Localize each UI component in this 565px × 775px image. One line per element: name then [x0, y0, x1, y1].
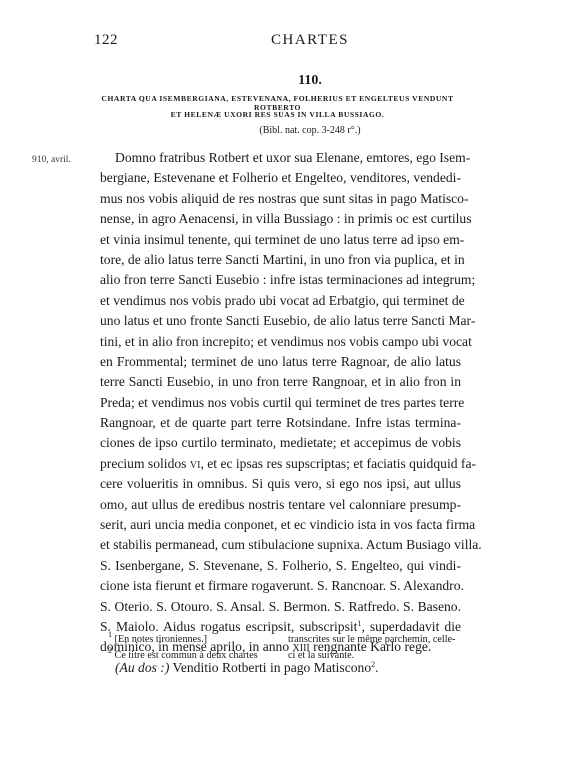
body-line: en Frommental; terminet de uno latus ter… — [100, 352, 461, 372]
charter-number: 110. — [0, 73, 565, 89]
body-line: S. Oterio. S. Otouro. S. Ansal. S. Bermo… — [100, 597, 461, 617]
roman-numeral: vi — [190, 456, 201, 471]
body-line: Domno fratribus Rotbert et uxor sua Elen… — [100, 148, 461, 168]
footnote-continuation: ci et la suivante. — [288, 648, 463, 664]
footnote-text: Ce titre est commun à deux chartes — [112, 650, 258, 661]
charter-caption-line: ET HELENÆ UXORI RES SUAS IN VILLA BUSSIA… — [95, 110, 460, 119]
footnote-continuation: transcrites sur le même parchemin, celle… — [288, 632, 463, 648]
body-line: precium solidos vi, et ec ipsas res sups… — [100, 454, 461, 474]
margin-date: 910, avril. — [32, 155, 71, 165]
running-head: 122 CHARTES — [0, 32, 565, 52]
book-page: 122 CHARTES 110. CHARTA QUA ISEMBERGIANA… — [0, 0, 565, 775]
body-line: nense, in agro Aenacensi, in villa Bussi… — [100, 209, 461, 229]
body-text-segment: precium solidos — [100, 456, 190, 471]
body-line: et vinia insimul tenente, qui terminet d… — [100, 230, 461, 250]
body-text-segment: , et ec ipsas res supscriptas; et faciat… — [200, 456, 476, 471]
body-line: Rangnoar, et de quarte part terre Rotsin… — [100, 413, 461, 433]
body-line: tini, et in alio fron increpito; et vend… — [100, 332, 461, 352]
body-line: cione ista fierunt et firmare rogaverunt… — [100, 576, 461, 596]
body-line: tore, de alio latus terre Sancti Martini… — [100, 250, 461, 270]
body-line: bergiane, Estevenane et Folherio et Enge… — [100, 168, 461, 188]
body-line: et vendimus nos vobis prado ubi vocat ad… — [100, 291, 461, 311]
body-line: serit, auri uncia media conponet, et ec … — [100, 515, 461, 535]
body-line: uno latus et uno fronte Sancti Eusebio, … — [100, 311, 461, 331]
footnotes-left-column: 1 [En notes tironiennes.] 2 Ce titre est… — [108, 632, 278, 663]
running-title: CHARTES — [0, 32, 565, 49]
body-line: Preda; et vendimus nos vobis curtil qui … — [100, 393, 461, 413]
body-line: et stabilis permanead, cum stibulacione … — [100, 535, 461, 555]
footnote: 1 [En notes tironiennes.] — [108, 632, 278, 648]
footnote: 2 Ce titre est commun à deux chartes — [108, 648, 278, 664]
body-line: ciones de ipso curtilo terminato, mediet… — [100, 433, 461, 453]
body-line: cere volueritis in omnibus. Si quis vero… — [100, 474, 461, 494]
body-line: terre Sancti Eusebio, in uno fron terre … — [100, 372, 461, 392]
body-line: alio fron terre Sancti Eusebio : infre i… — [100, 270, 461, 290]
footnotes-right-column: transcrites sur le même parchemin, celle… — [288, 632, 463, 663]
body-line: omo, aut ullus de eredibus nostris tenta… — [100, 495, 461, 515]
charter-body: Domno fratribus Rotbert et uxor sua Elen… — [100, 148, 461, 678]
body-line: mus nos vobis aliquid de res nostras que… — [100, 189, 461, 209]
footnote-text: [En notes tironiennes.] — [112, 634, 207, 645]
source-reference: (Bibl. nat. cop. 3-248 r°.) — [0, 125, 565, 136]
body-line: S. Isenbergane, S. Stevenane, S. Folheri… — [100, 556, 461, 576]
